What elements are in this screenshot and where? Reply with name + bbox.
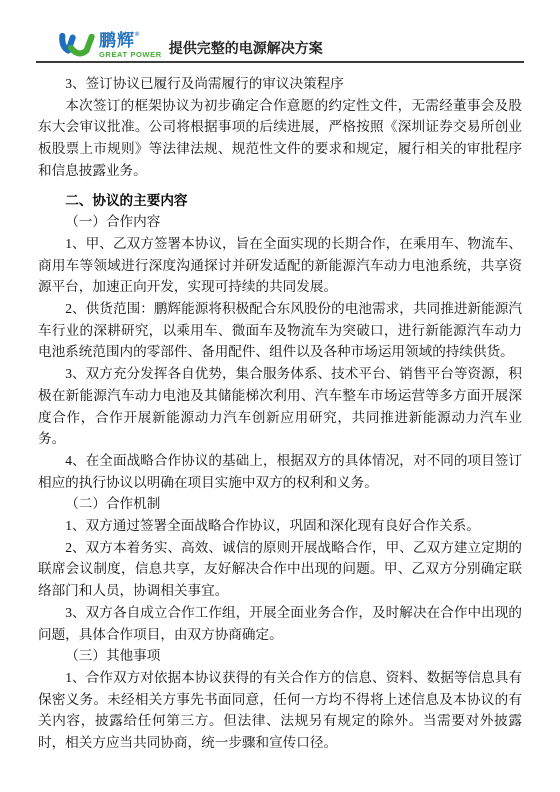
greatpower-logo-icon [58,31,96,58]
paragraph: 3、双方充分发挥各自优势，集合服务体系、技术平台、销售平台等资源，积极在新能源汽… [38,363,522,450]
item-heading: 3、签订协议已履行及尚需履行的审议决策程序 [38,73,522,95]
document-page: 鹏辉® GREAT POWER 提供完整的电源解决方案 3、签订协议已履行及尚需… [0,0,560,792]
paragraph: 1、双方通过签署全面战略合作协议，巩固和深化现有良好合作关系。 [38,515,522,537]
sub-heading: （三）其他事项 [38,645,522,667]
logo-wordmark: 鹏辉® GREAT POWER [99,32,162,59]
sub-heading: （一）合作内容 [38,211,522,233]
paragraph: 本次签订的框架协议为初步确定合作意愿的约定性文件，无需经董事会及股东大会审议批准… [38,95,522,182]
company-tagline: 提供完整的电源解决方案 [169,42,323,58]
trademark-symbol: ® [135,32,140,38]
document-body: 3、签订协议已履行及尚需履行的审议决策程序 本次签订的框架协议为初步确定合作意愿… [38,73,522,754]
paragraph: 4、在全面战略合作协议的基础上，根据双方的具体情况，对不同的项目签订相应的执行协… [38,450,522,493]
sub-heading: （二）合作机制 [38,493,522,515]
brand-name-cn: 鹏辉® [99,32,162,49]
paragraph: 1、合作双方对依据本协议获得的有关合作方的信息、资料、数据等信息具有保密义务。未… [38,667,522,754]
paragraph: 2、双方本着务实、高效、诚信的原则开展战略合作，甲、乙双方建立定期的联席会议制度… [38,537,522,602]
section-heading: 二、协议的主要内容 [38,190,522,212]
company-logo: 鹏辉® GREAT POWER [58,31,162,58]
brand-name-en: GREAT POWER [99,51,162,59]
paragraph: 2、供货范围：鹏辉能源将积极配合东风股份的电池需求，共同推进新能源汽车行业的深耕… [38,298,522,363]
letterhead: 鹏辉® GREAT POWER 提供完整的电源解决方案 [36,31,524,63]
paragraph: 1、甲、乙双方签署本协议，旨在全面实现的长期合作，在乘用车、物流车、商用车等领域… [38,233,522,298]
paragraph: 3、双方各自成立合作工作组，开展全面业务合作，及时解决在合作中出现的问题，具体合… [38,602,522,645]
